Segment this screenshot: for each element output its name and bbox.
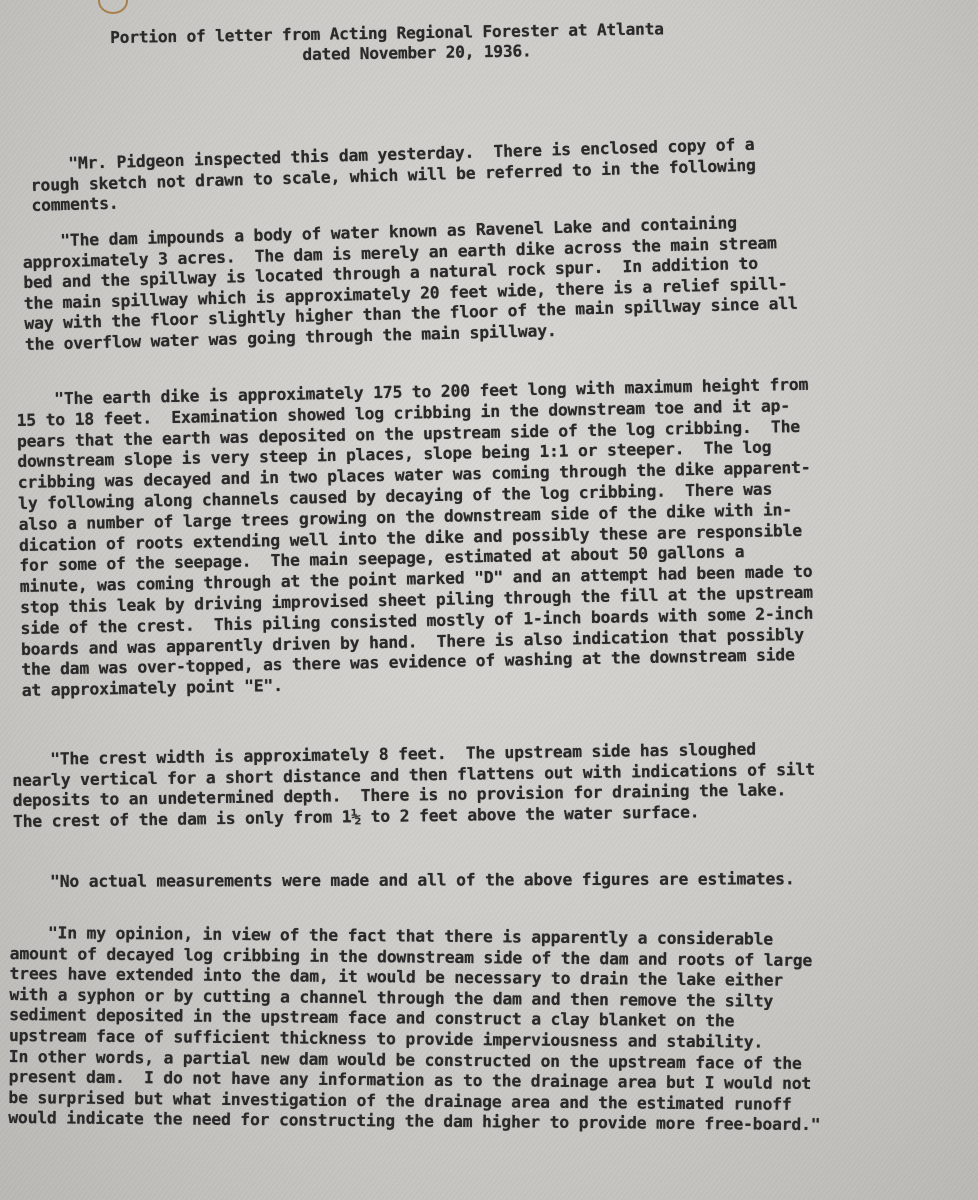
- typewritten-letter: Portion of letter from Acting Regional F…: [0, 0, 978, 1200]
- paragraph-crest-width: "The crest width is approximately 8 feet…: [12, 739, 816, 833]
- paragraph-earth-dike-condition: "The earth dike is approximately 175 to …: [16, 375, 815, 702]
- paragraph-inspection-intro: "Mr. Pidgeon inspected this dam yesterda…: [30, 135, 757, 217]
- paragraph-estimates-note: "No actual measurements were made and al…: [12, 869, 795, 892]
- paragraph-recommendation: "In my opinion, in view of the fact that…: [8, 923, 822, 1136]
- text-line: "No actual measurements were made and al…: [12, 869, 795, 892]
- paragraph-dam-description: "The dam impounds a body of water known …: [22, 212, 798, 356]
- letter-heading: Portion of letter from Acting Regional F…: [110, 17, 811, 68]
